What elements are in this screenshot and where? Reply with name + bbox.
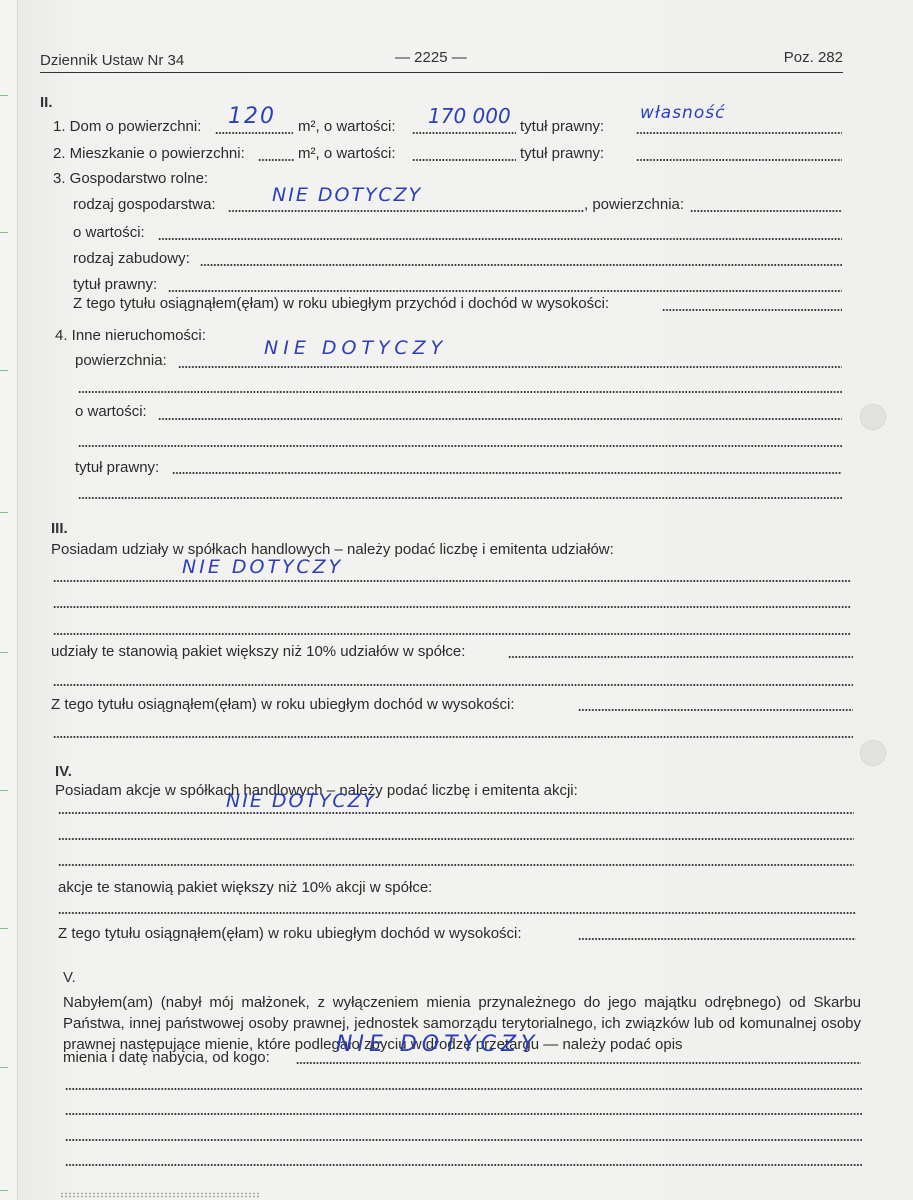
other-property-label: 4. Inne nieruchomości: xyxy=(55,327,206,344)
stocks-field-line1[interactable] xyxy=(58,812,854,814)
shares-over10-label: udziały te stanowią pakiet większy niż 1… xyxy=(51,643,465,660)
farm-type-value: NIE DOTYCZY xyxy=(272,184,422,206)
margin-tick xyxy=(0,95,8,96)
house-title-label: tytuł prawny: xyxy=(520,118,604,135)
apartment-title-field[interactable] xyxy=(636,159,842,161)
page-header: Dziennik Ustaw Nr 34 — 2225 — Poz. 282 xyxy=(40,46,843,73)
house-title-value: własność xyxy=(640,103,725,123)
shares-field-line3[interactable] xyxy=(53,633,851,635)
stocks-income-field[interactable] xyxy=(578,938,856,940)
section-ii-heading: II. xyxy=(40,94,53,111)
apartment-title-label: tytuł prawny: xyxy=(520,145,604,162)
stocks-over10-label: akcje te stanowią pakiet większy niż 10%… xyxy=(58,879,432,896)
stocks-over10-field[interactable] xyxy=(58,912,856,914)
scanner-edge xyxy=(0,0,18,1200)
other-area-value: NIE DOTYCZY xyxy=(264,337,447,359)
acquisition-field-line4[interactable] xyxy=(65,1139,862,1141)
shares-over10-field-line2[interactable] xyxy=(53,684,853,686)
margin-tick xyxy=(0,652,8,653)
punch-hole xyxy=(860,740,886,766)
shares-income-field-line2[interactable] xyxy=(53,736,853,738)
other-area-field[interactable] xyxy=(178,366,842,368)
margin-tick xyxy=(0,1067,8,1068)
apartment-label: 2. Mieszkanie o powierzchni: xyxy=(53,145,245,162)
margin-tick xyxy=(0,1190,8,1191)
section-v-heading: V. xyxy=(63,969,76,986)
farm-type-field[interactable] xyxy=(228,210,584,212)
stocks-field-line3[interactable] xyxy=(58,864,854,866)
shares-field-line2[interactable] xyxy=(53,606,851,608)
section-iii-heading: III. xyxy=(51,520,68,537)
shares-value: NIE DOTYCZY xyxy=(182,556,343,578)
farm-type-label: rodzaj gospodarstwa: xyxy=(73,196,216,213)
house-area-field[interactable] xyxy=(215,132,293,134)
margin-tick xyxy=(0,370,8,371)
punch-hole xyxy=(860,404,886,430)
unit-label: m², o wartości: xyxy=(298,145,396,162)
shares-field-line1[interactable] xyxy=(53,580,851,582)
shares-income-label: Z tego tytułu osiągnąłem(ęłam) w roku ub… xyxy=(51,696,515,713)
farm-value-label: o wartości: xyxy=(73,224,145,241)
farm-income-field[interactable] xyxy=(662,309,842,311)
other-area-field-line2[interactable] xyxy=(78,391,842,393)
shares-over10-field[interactable] xyxy=(508,656,853,658)
farm-area-label: , powierzchnia: xyxy=(584,196,684,213)
other-title-label: tytuł prawny: xyxy=(75,459,159,476)
house-area-value: 120 xyxy=(228,104,276,129)
acquisition-field-line3[interactable] xyxy=(65,1113,862,1115)
acquisition-last-label: mienia i datę nabycia, od kogo: xyxy=(63,1049,270,1066)
house-title-field[interactable] xyxy=(636,132,842,134)
acquisition-value: NIE DOTYCZY xyxy=(336,1032,539,1057)
margin-tick xyxy=(0,512,8,513)
unit-label: m², o wartości: xyxy=(298,118,396,135)
farm-value-field[interactable] xyxy=(158,238,842,240)
stocks-field-line2[interactable] xyxy=(58,838,854,840)
farm-area-field[interactable] xyxy=(690,210,842,212)
other-value-label: o wartości: xyxy=(75,403,147,420)
farm-label: 3. Gospodarstwo rolne: xyxy=(53,170,208,187)
position-number: Poz. 282 xyxy=(784,49,843,66)
margin-tick xyxy=(0,790,8,791)
acquisition-field-line5[interactable] xyxy=(65,1164,862,1166)
farm-title-label: tytuł prawny: xyxy=(73,276,157,293)
other-value-field-line2[interactable] xyxy=(78,445,842,447)
margin-tick xyxy=(0,928,8,929)
apartment-value-field[interactable] xyxy=(412,159,516,161)
other-title-field[interactable] xyxy=(172,472,842,474)
farm-building-field[interactable] xyxy=(200,264,842,266)
page-number: — 2225 — xyxy=(395,49,467,66)
apartment-area-field[interactable] xyxy=(258,159,294,161)
other-area-label: powierzchnia: xyxy=(75,352,167,369)
house-value-value: 170 000 xyxy=(428,104,511,128)
stocks-income-label: Z tego tytułu osiągnąłem(ęłam) w roku ub… xyxy=(58,925,522,942)
journal-title: Dziennik Ustaw Nr 34 xyxy=(40,52,184,69)
shares-income-field[interactable] xyxy=(578,709,853,711)
acquisition-field-line2[interactable] xyxy=(65,1088,862,1090)
cut-off-text xyxy=(60,1192,260,1198)
house-label: 1. Dom o powierzchni: xyxy=(53,118,201,135)
farm-income-label: Z tego tytułu osiągnąłem(ęłam) w roku ub… xyxy=(73,295,609,312)
acquisition-field[interactable] xyxy=(296,1062,861,1064)
farm-title-field[interactable] xyxy=(168,290,842,292)
margin-tick xyxy=(0,232,8,233)
other-title-field-line2[interactable] xyxy=(78,497,842,499)
farm-building-label: rodzaj zabudowy: xyxy=(73,250,190,267)
section-iv-heading: IV. xyxy=(55,763,72,780)
house-value-field[interactable] xyxy=(412,132,516,134)
other-value-field[interactable] xyxy=(158,418,842,420)
stocks-value: NIE DOTYCZY xyxy=(226,790,376,812)
